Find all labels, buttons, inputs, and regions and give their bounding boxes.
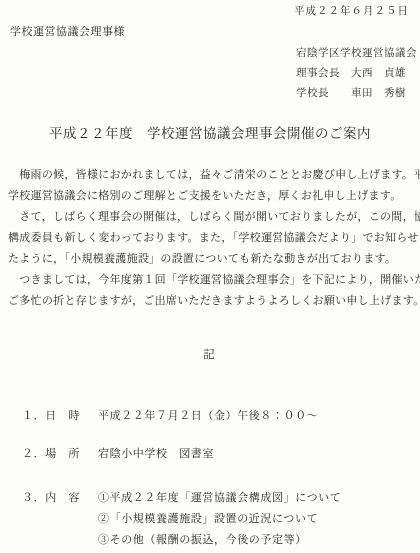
- body-line: 構成委員も新しく変わっております。また，「学校運営協議会だより」でお知らせしまし: [8, 228, 420, 249]
- item-value-datetime: 平成２２年７月２日（金）午後８：００～: [98, 407, 318, 423]
- body-line: 梅雨の候，皆様におかれましては，益々ご清栄のこととお慶び申し上げます。平素は，: [8, 165, 420, 186]
- body-line: つきましては，今年度第１回「学校運営協議会理事会」を下記により，開催いたします。: [8, 270, 420, 291]
- body-line: さて，しばらく理事会の開催は，しばらく間が開いておりましたが，この間，協議会の: [8, 207, 420, 228]
- body-line: ご多忙の折と存じますが，ご出席いただきますようよろしくお願い申し上げます。: [8, 291, 420, 312]
- letter-document-page: 平成２２年６月２５日 学校運営協議会理事様 宕陰学区学校運営協議会 理事会長 大…: [0, 0, 420, 553]
- sender-organization: 宕陰学区学校運営協議会: [296, 44, 417, 64]
- body-line: たように，「小規模養護施設」の設置についても新たな動きが出ております。: [8, 249, 420, 270]
- recipient-line: 学校運営協議会理事様: [10, 23, 125, 39]
- sender-block: 宕陰学区学校運営協議会 理事会長 大西 貞雄 学校長 車田 秀樹: [296, 44, 417, 104]
- sender-chairperson: 理事会長 大西 貞雄: [296, 64, 417, 84]
- item-label-datetime: １．日 時: [22, 407, 98, 423]
- agenda-point-2: ②「小規模養護施設」設置の近況について: [98, 510, 318, 526]
- agenda-point-3: ③その他（報酬の振込，今後の予定等）: [98, 531, 307, 547]
- item-label-agenda: ３．内 容: [22, 489, 98, 505]
- body-line: 学校運営協議会に格別のご理解とご支援をいただき，厚くお礼申し上げます。: [8, 186, 420, 207]
- list-item-place: ２．場 所 宕陰小中学校 図書室: [22, 445, 214, 461]
- ki-heading: 記: [0, 346, 420, 362]
- item-label-place: ２．場 所: [22, 445, 98, 461]
- agenda-point-1: ①平成２２年度「運営協議会構成図」について: [98, 489, 341, 505]
- item-value-place: 宕陰小中学校 図書室: [98, 445, 214, 461]
- document-title: 平成２２年度 学校運営協議会理事会開催のご案内: [0, 122, 420, 142]
- document-date: 平成２２年６月２５日: [294, 3, 409, 18]
- sender-principal: 学校長 車田 秀樹: [296, 84, 417, 104]
- body-paragraphs: 梅雨の候，皆様におかれましては，益々ご清栄のこととお慶び申し上げます。平素は， …: [8, 165, 420, 312]
- list-item-datetime: １．日 時 平成２２年７月２日（金）午後８：００～: [22, 407, 318, 423]
- list-item-agenda: ３．内 容 ①平成２２年度「運営協議会構成図」について: [22, 489, 341, 505]
